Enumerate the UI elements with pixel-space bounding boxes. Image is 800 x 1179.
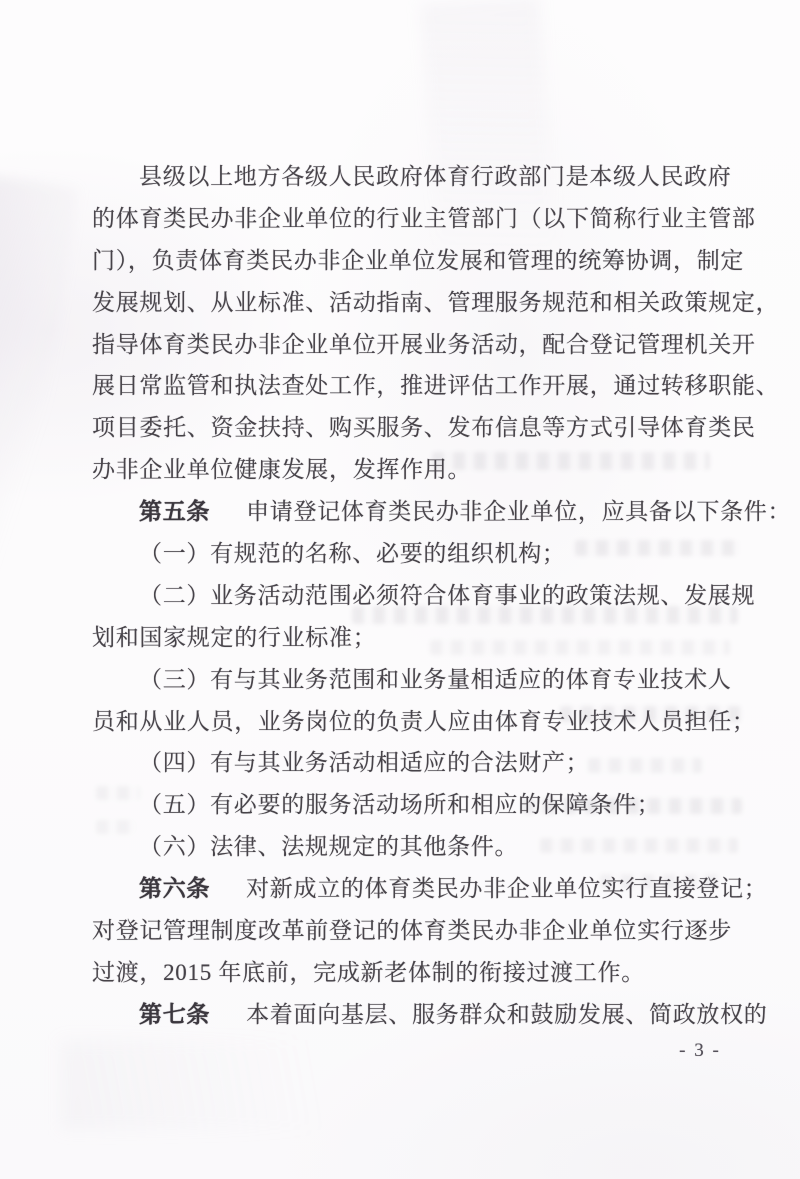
- text-line: 县级以上地方各级人民政府体育行政部门是本级人民政府: [92, 156, 764, 198]
- line-text: 门），负责体育类民办非企业单位发展和管理的统筹协调，制定: [92, 248, 744, 273]
- page-number: - 3 -: [655, 1040, 745, 1062]
- paper-crease: [60, 1040, 400, 1130]
- text-line: 指导体育类民办非企业单位开展业务活动，配合登记管理机关开: [92, 324, 764, 366]
- line-text: 申请登记体育类民办非企业单位，应具备以下条件：: [246, 499, 791, 524]
- text-line: 第五条申请登记体育类民办非企业单位，应具备以下条件：: [92, 491, 764, 533]
- text-line: 过渡，2015 年底前，完成新老体制的衔接过渡工作。: [92, 952, 764, 994]
- line-text: 划和国家规定的行业标准；: [92, 625, 376, 650]
- line-text: 员和从业人员，业务岗位的负责人应由体育专业技术人员担任；: [92, 709, 756, 734]
- article-heading: 第七条: [139, 1002, 210, 1027]
- article-heading: 第五条: [139, 499, 210, 524]
- text-line: 办非企业单位健康发展，发挥作用。: [92, 449, 764, 491]
- line-text: （三）有与其业务范围和业务量相适应的体育专业技术人: [139, 667, 732, 692]
- text-line: 项目委托、资金扶持、购买服务、发布信息等方式引导体育类民: [92, 407, 764, 449]
- line-text: （六）法律、法规规定的其他条件。: [139, 834, 518, 859]
- text-line: （二）业务活动范围必须符合体育事业的政策法规、发展规: [92, 575, 764, 617]
- line-text: 县级以上地方各级人民政府体育行政部门是本级人民政府: [139, 164, 732, 189]
- scanned-page: 县级以上地方各级人民政府体育行政部门是本级人民政府的体育类民办非企业单位的行业主…: [0, 0, 800, 1179]
- line-text: 项目委托、资金扶持、购买服务、发布信息等方式引导体育类民: [92, 415, 756, 440]
- line-text: 过渡，2015 年底前，完成新老体制的衔接过渡工作。: [92, 960, 645, 985]
- text-line: （四）有与其业务活动相适应的合法财产；: [92, 742, 764, 784]
- text-line: 发展规划、从业标准、活动指南、管理服务规范和相关政策规定，: [92, 282, 764, 324]
- document-body: 县级以上地方各级人民政府体育行政部门是本级人民政府的体育类民办非企业单位的行业主…: [92, 156, 764, 1036]
- text-line: 员和从业人员，业务岗位的负责人应由体育专业技术人员担任；: [92, 701, 764, 743]
- line-text: 本着面向基层、服务群众和鼓励发展、简政放权的: [246, 1002, 767, 1027]
- paper-crease: [0, 176, 79, 604]
- line-text: 发展规划、从业标准、活动指南、管理服务规范和相关政策规定，: [92, 290, 779, 315]
- text-line: 展日常监管和执法查处工作，推进评估工作开展，通过转移职能、: [92, 365, 764, 407]
- text-line: （一）有规范的名称、必要的组织机构；: [92, 533, 764, 575]
- article-heading: 第六条: [139, 876, 210, 901]
- text-line: 对登记管理制度改革前登记的体育类民办非企业单位实行逐步: [92, 910, 764, 952]
- text-line: （五）有必要的服务活动场所和相应的保障条件；: [92, 784, 764, 826]
- text-line: 第七条本着面向基层、服务群众和鼓励发展、简政放权的: [92, 994, 764, 1036]
- line-text: （一）有规范的名称、必要的组织机构；: [139, 541, 566, 566]
- line-text: （四）有与其业务活动相适应的合法财产；: [139, 750, 589, 775]
- text-line: 门），负责体育类民办非企业单位发展和管理的统筹协调，制定: [92, 240, 764, 282]
- line-text: 指导体育类民办非企业单位开展业务活动，配合登记管理机关开: [92, 332, 756, 357]
- text-line: 第六条对新成立的体育类民办非企业单位实行直接登记；: [92, 868, 764, 910]
- line-text: （二）业务活动范围必须符合体育事业的政策法规、发展规: [139, 583, 755, 608]
- text-line: （六）法律、法规规定的其他条件。: [92, 826, 764, 868]
- line-text: 办非企业单位健康发展，发挥作用。: [92, 457, 471, 482]
- line-text: 对登记管理制度改革前登记的体育类民办非企业单位实行逐步: [92, 918, 732, 943]
- text-line: （三）有与其业务范围和业务量相适应的体育专业技术人: [92, 659, 764, 701]
- text-line: 的体育类民办非企业单位的行业主管部门（以下简称行业主管部: [92, 198, 764, 240]
- text-line: 划和国家规定的行业标准；: [92, 617, 764, 659]
- line-text: 的体育类民办非企业单位的行业主管部门（以下简称行业主管部: [92, 206, 756, 231]
- line-text: 对新成立的体育类民办非企业单位实行直接登记；: [246, 876, 767, 901]
- line-text: 展日常监管和执法查处工作，推进评估工作开展，通过转移职能、: [92, 373, 779, 398]
- line-text: （五）有必要的服务活动场所和相应的保障条件；: [139, 792, 660, 817]
